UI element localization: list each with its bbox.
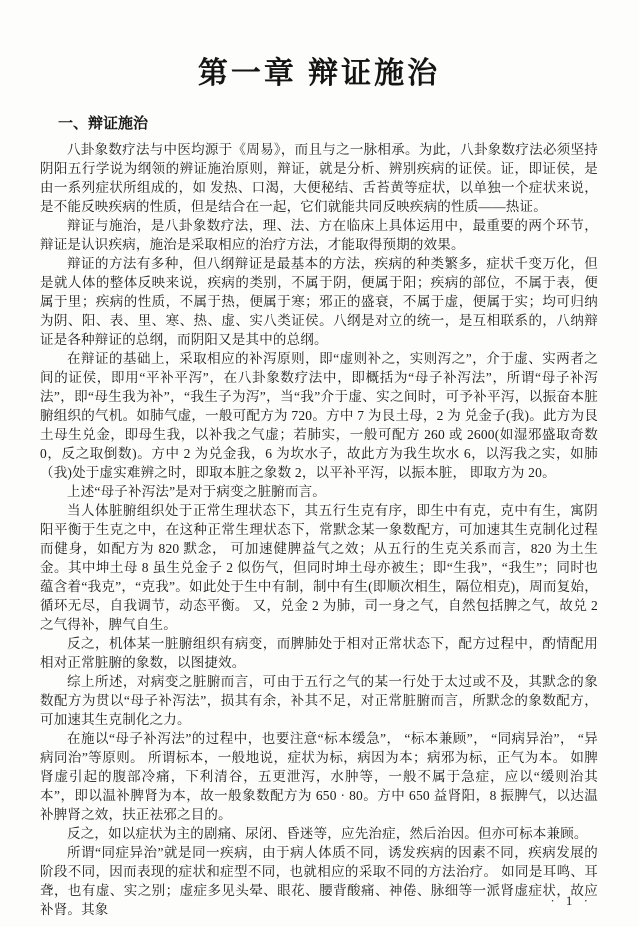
body-paragraph: 反之，如以症状为主的剧痛、尿闭、昏迷等，应先治症，然后治因。但亦可标本兼顾。 (40, 824, 598, 843)
body-paragraph: 辩证的方法有多种，但八纲辩证是最基本的方法，疾病的种类繁多，症状千变万化，但是就… (40, 254, 598, 349)
body-paragraph: 辩证与施治，是八卦象数疗法，理、法、方在临床上具体运用中，最重要的两个环节，辩证… (40, 216, 598, 254)
body-paragraph: 在施以“母子补泻法”的过程中，也要注意“标本缓急”， “标本兼顾”， “同病异治… (40, 729, 598, 824)
body-paragraph: 当人体脏腑组织处于正常生理状态下，其五行生克有序，即生中有克，克中有生，寓阴阳平… (40, 501, 598, 634)
book-page: 第一章 辩证施治 一、辩证施治 八卦象数疗法与中医均源于《周易》，而且与之一脉相… (0, 0, 639, 927)
body-paragraph: 八卦象数疗法与中医均源于《周易》，而且与之一脉相承。为此，八卦象数疗法必须坚持阴… (40, 140, 598, 216)
chapter-title: 第一章 辩证施治 (40, 48, 598, 92)
body-paragraph: 综上所述，对病变之脏腑而言，可由于五行之气的某一行处于太过或不及，其默念的象数配… (40, 672, 598, 729)
body-paragraph: 反之，机体某一脏腑组织有病变，而脾肺处于相对正常状态下，配方过程中，酌情配用相对… (40, 634, 598, 672)
body-paragraph: 所谓“同症异治”就是同一疾病，由于病人体质不同，诱发疾病的因素不同，疾病发展的阶… (40, 843, 598, 919)
body-paragraph: 上述“母子补泻法”是对于病变之脏腑而言。 (40, 482, 598, 501)
page-number: · 1 · (550, 893, 592, 909)
section-heading: 一、辩证施治 (58, 112, 598, 133)
body-text: 八卦象数疗法与中医均源于《周易》，而且与之一脉相承。为此，八卦象数疗法必须坚持阴… (40, 140, 598, 919)
body-paragraph: 在辩证的基础上，采取相应的补泻原则，即“虚则补之，实则泻之”，介于虚、实两者之间… (40, 349, 598, 482)
